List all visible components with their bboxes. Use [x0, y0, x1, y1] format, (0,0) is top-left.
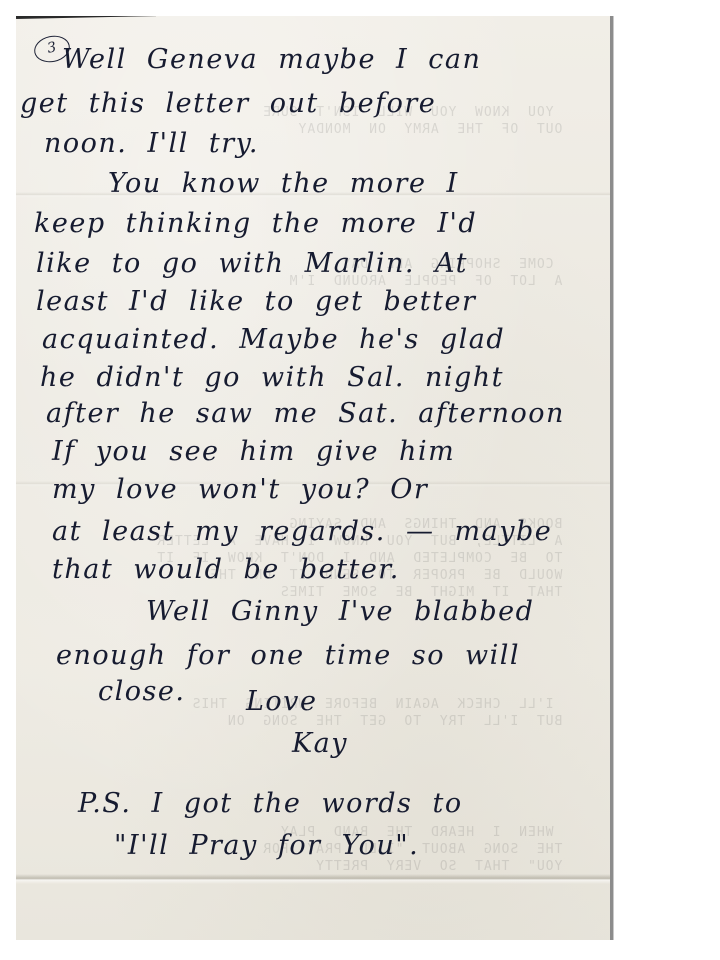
letter-line: You know the more I: [108, 168, 459, 199]
letter-line: least I'd like to get better: [36, 286, 476, 317]
letter-line: Well Geneva maybe I can: [62, 44, 481, 75]
letter-line: that would be better.: [52, 554, 400, 585]
letter-line: close.: [98, 676, 185, 707]
postscript-line: "I'll Pray for You".: [114, 830, 419, 861]
letter-line: like to go with Marlin. At: [36, 248, 468, 279]
letter-line: Well Ginny I've blabbed: [146, 596, 534, 627]
letter-line: after he saw me Sat. afternoon: [46, 398, 565, 429]
letter-line: at least my regards. — maybe: [52, 516, 552, 547]
letter-line: keep thinking the more I'd: [34, 208, 477, 239]
signature: Kay: [292, 728, 348, 759]
handwritten-body: Well Geneva maybe I can get this letter …: [16, 16, 610, 940]
letter-line: If you see him give him: [52, 436, 455, 467]
scanned-letter-page: YOU KNOW YOU WILL ISN'T SURE OUT OF THE …: [0, 0, 720, 960]
letter-line: my love won't you? Or: [52, 474, 428, 505]
postscript-line: P.S. I got the words to: [78, 788, 463, 819]
letter-line: noon. I'll try.: [44, 128, 259, 159]
letter-line: he didn't go with Sal. night: [40, 362, 504, 393]
closing-salutation: Love: [246, 686, 317, 717]
letter-paper-sheet: YOU KNOW YOU WILL ISN'T SURE OUT OF THE …: [16, 16, 613, 940]
letter-line: acquainted. Maybe he's glad: [42, 324, 505, 355]
letter-line: get this letter out before: [20, 88, 436, 119]
letter-line: enough for one time so will: [56, 640, 520, 671]
